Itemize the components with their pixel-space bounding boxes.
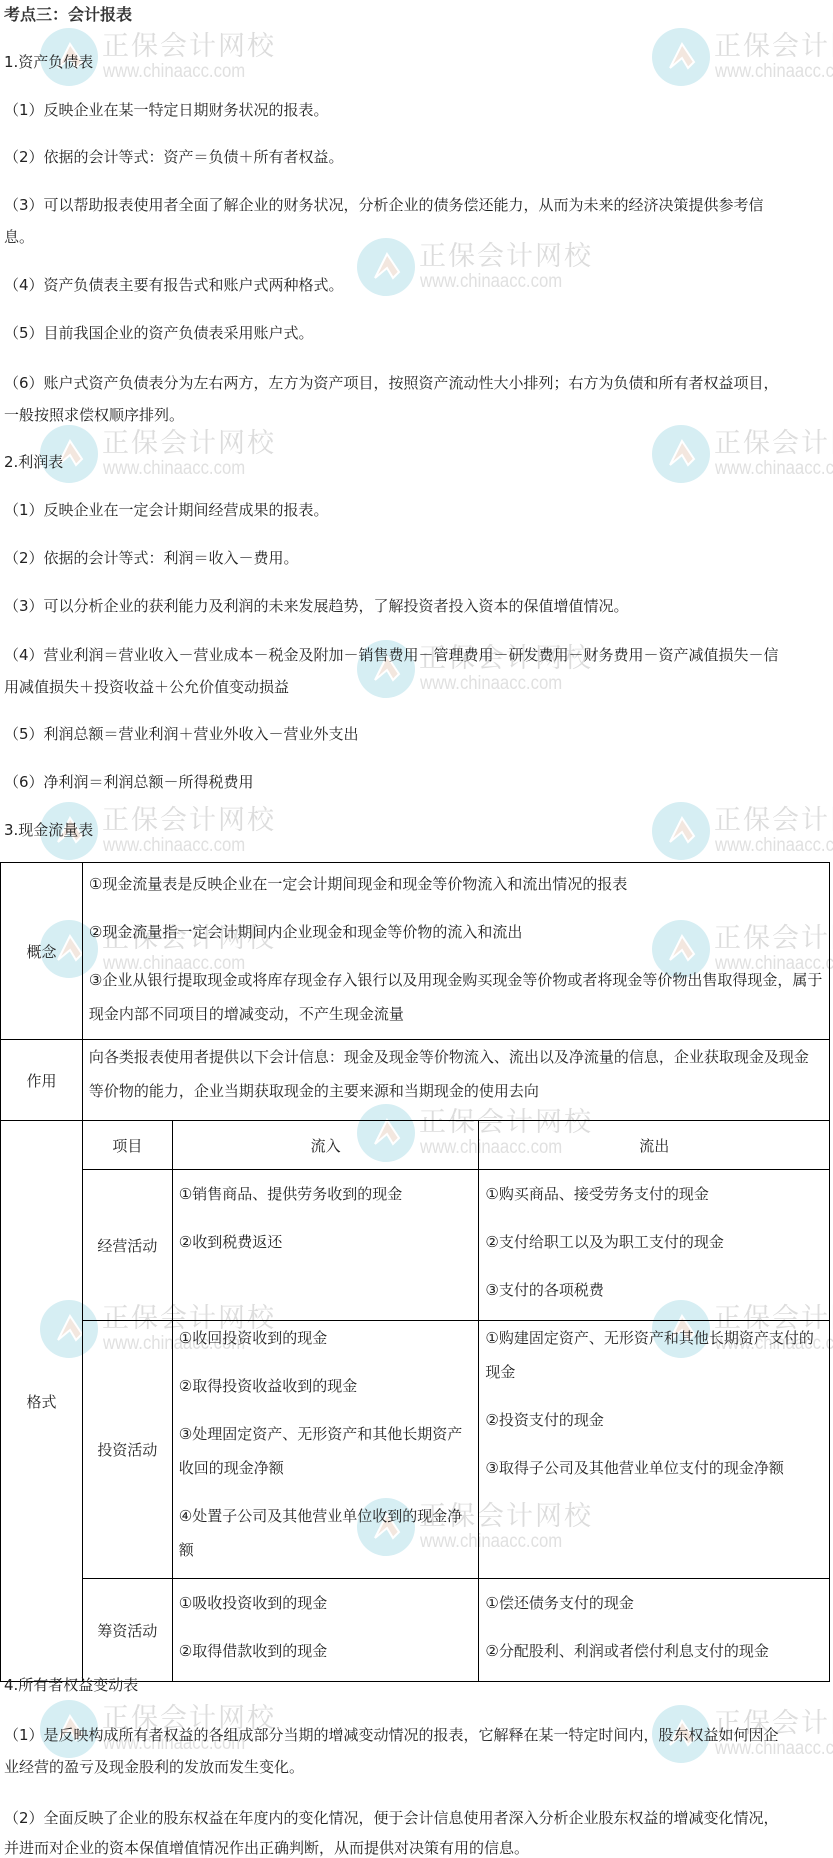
- section-heading-equity-statement: 4.所有者权益变动表: [4, 1675, 138, 1695]
- column-header-outflow: 流出: [479, 1121, 830, 1170]
- inflow-item: ②取得投资收益收到的现金: [179, 1369, 473, 1403]
- row-label-purpose: 作用: [1, 1040, 83, 1121]
- paragraph: （6）净利润＝利润总额－所得税费用: [4, 772, 254, 792]
- paragraph-continuation: 业经营的盈亏及现金股利的发放而发生变化。: [4, 1757, 304, 1777]
- paragraph: （6）账户式资产负债表分为左右两方，左方为资产项目，按照资产流动性大小排列；右方…: [4, 373, 779, 393]
- page-title: 考点三：会计报表: [4, 5, 132, 25]
- watermark-logo-icon: [652, 802, 710, 860]
- paragraph: （3）可以分析企业的获利能力及利润的未来发展趋势，了解投资者投入资本的保值增值情…: [4, 596, 629, 616]
- outflow-item: ①购建固定资产、无形资产和其他长期资产支付的现金: [485, 1321, 823, 1389]
- paragraph: （2）依据的会计等式：利润＝收入－费用。: [4, 548, 299, 568]
- paragraph: （2）依据的会计等式：资产＝负债＋所有者权益。: [4, 147, 344, 167]
- watermark: 正保会计网校www.chinaacc.com: [652, 802, 833, 866]
- cash-flow-table: 概念 ①现金流量表是反映企业在一定会计期间现金和现金等价物流入和流出情况的报表 …: [0, 862, 830, 1682]
- inflow-item: ④处置子公司及其他营业单位收到的现金净额: [179, 1499, 473, 1567]
- outflow-item: ②投资支付的现金: [485, 1403, 823, 1437]
- concept-cell: ①现金流量表是反映企业在一定会计期间现金和现金等价物流入和流出情况的报表 ②现金…: [82, 863, 829, 1040]
- activity-investing: 投资活动: [82, 1321, 172, 1579]
- inflow-item: ③处理固定资产、无形资产和其他长期资产收回的现金净额: [179, 1417, 473, 1485]
- paragraph-continuation: 并进而对企业的资本保值增值情况作出正确判断，从而提供对决策有用的信息。: [4, 1838, 529, 1858]
- row-label-concept: 概念: [1, 863, 83, 1040]
- inflow-cell: ①吸收投资收到的现金 ②取得借款收到的现金: [172, 1579, 479, 1682]
- paragraph: （4）营业利润＝营业收入－营业成本－税金及附加－销售费用－管理费用－研发费用－财…: [4, 645, 779, 665]
- inflow-cell: ①收回投资收到的现金 ②取得投资收益收到的现金 ③处理固定资产、无形资产和其他长…: [172, 1321, 479, 1579]
- paragraph: （2）全面反映了企业的股东权益在年度内的变化情况，便于会计信息使用者深入分析企业…: [4, 1808, 779, 1828]
- outflow-cell: ①购买商品、接受劳务支付的现金 ②支付给职工以及为职工支付的现金 ③支付的各项税…: [479, 1170, 830, 1321]
- activity-operating: 经营活动: [82, 1170, 172, 1321]
- table-row-format-header: 格式 项目 流入 流出: [1, 1121, 830, 1170]
- inflow-item: ①销售商品、提供劳务收到的现金: [179, 1170, 473, 1218]
- concept-item: ②现金流量指一定会计期间内企业现金和现金等价物的流入和流出: [89, 915, 823, 949]
- paragraph: （1）反映企业在某一特定日期财务状况的报表。: [4, 100, 329, 120]
- outflow-item: ②分配股利、利润或者偿付利息支付的现金: [485, 1627, 823, 1675]
- paragraph: （4）资产负债表主要有报告式和账户式两种格式。: [4, 275, 344, 295]
- outflow-item: ③支付的各项税费: [485, 1266, 823, 1314]
- paragraph-continuation: 用减值损失＋投资收益＋公允价值变动损益: [4, 677, 289, 697]
- paragraph: （1）是反映构成所有者权益的各组成部分当期的增减变动情况的报表，它解释在某一特定…: [4, 1725, 779, 1745]
- paragraph: （5）利润总额＝营业利润＋营业外收入－营业外支出: [4, 724, 359, 744]
- paragraph: （5）目前我国企业的资产负债表采用账户式。: [4, 323, 314, 343]
- inflow-item: ①吸收投资收到的现金: [179, 1579, 473, 1627]
- watermark: 正保会计网校www.chinaacc.com: [652, 425, 833, 489]
- table-row-purpose: 作用 向各类报表使用者提供以下会计信息：现金及现金等价物流入、流出以及净流量的信…: [1, 1040, 830, 1121]
- table-row-investing: 投资活动 ①收回投资收到的现金 ②取得投资收益收到的现金 ③处理固定资产、无形资…: [1, 1321, 830, 1579]
- paragraph-continuation: 息。: [4, 227, 34, 247]
- purpose-cell: 向各类报表使用者提供以下会计信息：现金及现金等价物流入、流出以及净流量的信息，企…: [82, 1040, 829, 1121]
- activity-financing: 筹资活动: [82, 1579, 172, 1682]
- outflow-cell: ①偿还债务支付的现金 ②分配股利、利润或者偿付利息支付的现金: [479, 1579, 830, 1682]
- row-label-format: 格式: [1, 1121, 83, 1682]
- purpose-text: 向各类报表使用者提供以下会计信息：现金及现金等价物流入、流出以及净流量的信息，企…: [83, 1040, 829, 1114]
- watermark-logo-icon: [357, 238, 415, 296]
- paragraph-continuation: 一般按照求偿权顺序排列。: [4, 405, 184, 425]
- inflow-item: ①收回投资收到的现金: [179, 1321, 473, 1355]
- section-heading-income-statement: 2.利润表: [4, 452, 63, 472]
- watermark-logo-icon: [652, 28, 710, 86]
- table-row-operating: 经营活动 ①销售商品、提供劳务收到的现金 ②收到税费返还 ①购买商品、接受劳务支…: [1, 1170, 830, 1321]
- column-header-item: 项目: [82, 1121, 172, 1170]
- outflow-item: ③取得子公司及其他营业单位支付的现金净额: [485, 1451, 823, 1485]
- inflow-cell: ①销售商品、提供劳务收到的现金 ②收到税费返还: [172, 1170, 479, 1321]
- paragraph: （1）反映企业在一定会计期间经营成果的报表。: [4, 500, 329, 520]
- paragraph: （3）可以帮助报表使用者全面了解企业的财务状况，分析企业的债务偿还能力，从而为未…: [4, 195, 764, 215]
- outflow-item: ①偿还债务支付的现金: [485, 1579, 823, 1627]
- section-heading-cash-flow-statement: 3.现金流量表: [4, 820, 93, 840]
- watermark: 正保会计网校www.chinaacc.com: [40, 425, 260, 489]
- inflow-item: ②收到税费返还: [179, 1218, 473, 1266]
- watermark-logo-icon: [652, 425, 710, 483]
- concept-item: ①现金流量表是反映企业在一定会计期间现金和现金等价物流入和流出情况的报表: [89, 867, 823, 901]
- table-row-concept: 概念 ①现金流量表是反映企业在一定会计期间现金和现金等价物流入和流出情况的报表 …: [1, 863, 830, 1040]
- watermark: 正保会计网校www.chinaacc.com: [357, 238, 577, 302]
- column-header-inflow: 流入: [172, 1121, 479, 1170]
- concept-item: ③企业从银行提取现金或将库存现金存入银行以及用现金购买现金等价物或者将现金等价物…: [89, 963, 823, 1031]
- outflow-cell: ①购建固定资产、无形资产和其他长期资产支付的现金 ②投资支付的现金 ③取得子公司…: [479, 1321, 830, 1579]
- table-row-financing: 筹资活动 ①吸收投资收到的现金 ②取得借款收到的现金 ①偿还债务支付的现金 ②分…: [1, 1579, 830, 1682]
- section-heading-balance-sheet: 1.资产负债表: [4, 52, 93, 72]
- watermark: 正保会计网校www.chinaacc.com: [652, 28, 833, 92]
- inflow-item: ②取得借款收到的现金: [179, 1627, 473, 1675]
- outflow-item: ①购买商品、接受劳务支付的现金: [485, 1170, 823, 1218]
- outflow-item: ②支付给职工以及为职工支付的现金: [485, 1218, 823, 1266]
